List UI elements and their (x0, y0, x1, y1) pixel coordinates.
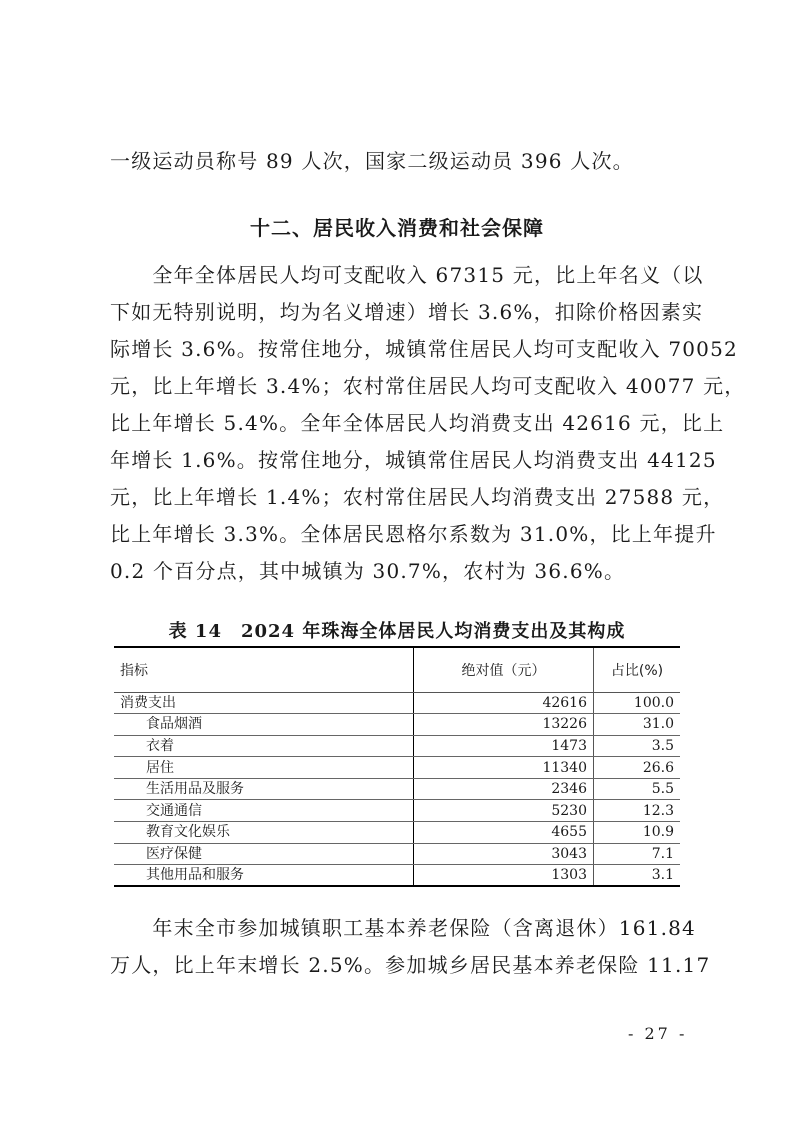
row-share: 12.3 (594, 800, 681, 822)
paragraph-line: 比上年增长 3.3%。全体居民恩格尔系数为 31.0%，比上年提升 (110, 524, 690, 544)
row-label: 交通通信 (114, 800, 414, 822)
table-row: 衣着 1473 3.5 (114, 735, 680, 757)
row-share: 3.5 (594, 735, 681, 757)
page-number: - 27 - (628, 1024, 687, 1043)
row-label: 食品烟酒 (114, 714, 414, 736)
paragraph-line: 下如无特别说明，均为名义增速）增长 3.6%，扣除价格因素实 (110, 302, 690, 322)
row-label: 衣着 (114, 735, 414, 757)
row-value: 4655 (414, 822, 594, 844)
row-share: 10.9 (594, 822, 681, 844)
row-label: 医疗保健 (114, 843, 414, 865)
paragraph-line: 年增长 1.6%。按常住地分，城镇常住居民人均消费支出 44125 (110, 450, 690, 470)
row-share: 7.1 (594, 843, 681, 865)
consumption-table: 指标 绝对值（元） 占比(%) 消费支出 42616 100.0 食品烟酒 13… (114, 646, 680, 887)
row-label: 教育文化娱乐 (114, 822, 414, 844)
row-value: 3043 (414, 843, 594, 865)
table-row: 教育文化娱乐 4655 10.9 (114, 822, 680, 844)
row-share: 31.0 (594, 714, 681, 736)
table-row: 交通通信 5230 12.3 (114, 800, 680, 822)
row-value: 11340 (414, 757, 594, 779)
row-label: 其他用品和服务 (114, 865, 414, 887)
table-row: 居住 11340 26.6 (114, 757, 680, 779)
paragraph-line: 万人，比上年末增长 2.5%。参加城乡居民基本养老保险 11.17 (110, 955, 690, 975)
table-row: 医疗保健 3043 7.1 (114, 843, 680, 865)
row-value: 5230 (414, 800, 594, 822)
table-row: 其他用品和服务 1303 3.1 (114, 865, 680, 887)
table-row: 生活用品及服务 2346 5.5 (114, 778, 680, 800)
paragraph-previous-tail: 一级运动员称号 89 人次，国家二级运动员 396 人次。 (110, 151, 690, 171)
row-label: 生活用品及服务 (114, 778, 414, 800)
row-value: 1303 (414, 865, 594, 887)
section-heading: 十二、居民收入消费和社会保障 (0, 216, 794, 240)
paragraph-line: 0.2 个百分点，其中城镇为 30.7%，农村为 36.6%。 (110, 561, 690, 581)
table-header-row: 指标 绝对值（元） 占比(%) (114, 647, 680, 692)
row-value: 13226 (414, 714, 594, 736)
row-label: 居住 (114, 757, 414, 779)
table-title: 表 14 2024 年珠海全体居民人均消费支出及其构成 (0, 621, 794, 643)
paragraph-line: 年末全市参加城镇职工基本养老保险（含离退休）161.84 (110, 918, 690, 938)
paragraph-line: 元，比上年增长 1.4%；农村常住居民人均消费支出 27588 元， (110, 487, 690, 507)
paragraph-line: 元，比上年增长 3.4%；农村常住居民人均可支配收入 40077 元， (110, 376, 690, 396)
table-row: 食品烟酒 13226 31.0 (114, 714, 680, 736)
paragraph-line: 比上年增长 5.4%。全年全体居民人均消费支出 42616 元，比上 (110, 413, 690, 433)
column-header-indicator: 指标 (114, 647, 414, 692)
row-share: 100.0 (594, 692, 681, 714)
paragraph-line: 际增长 3.6%。按常住地分，城镇常住居民人均可支配收入 70052 (110, 339, 690, 359)
row-label: 消费支出 (114, 692, 414, 714)
row-value: 2346 (414, 778, 594, 800)
row-value: 1473 (414, 735, 594, 757)
row-value: 42616 (414, 692, 594, 714)
column-header-absolute-value: 绝对值（元） (414, 647, 594, 692)
row-share: 3.1 (594, 865, 681, 887)
row-share: 26.6 (594, 757, 681, 779)
paragraph-line: 全年全体居民人均可支配收入 67315 元，比上年名义（以 (110, 265, 690, 285)
row-share: 5.5 (594, 778, 681, 800)
table-row: 消费支出 42616 100.0 (114, 692, 680, 714)
column-header-share: 占比(%) (594, 647, 681, 692)
